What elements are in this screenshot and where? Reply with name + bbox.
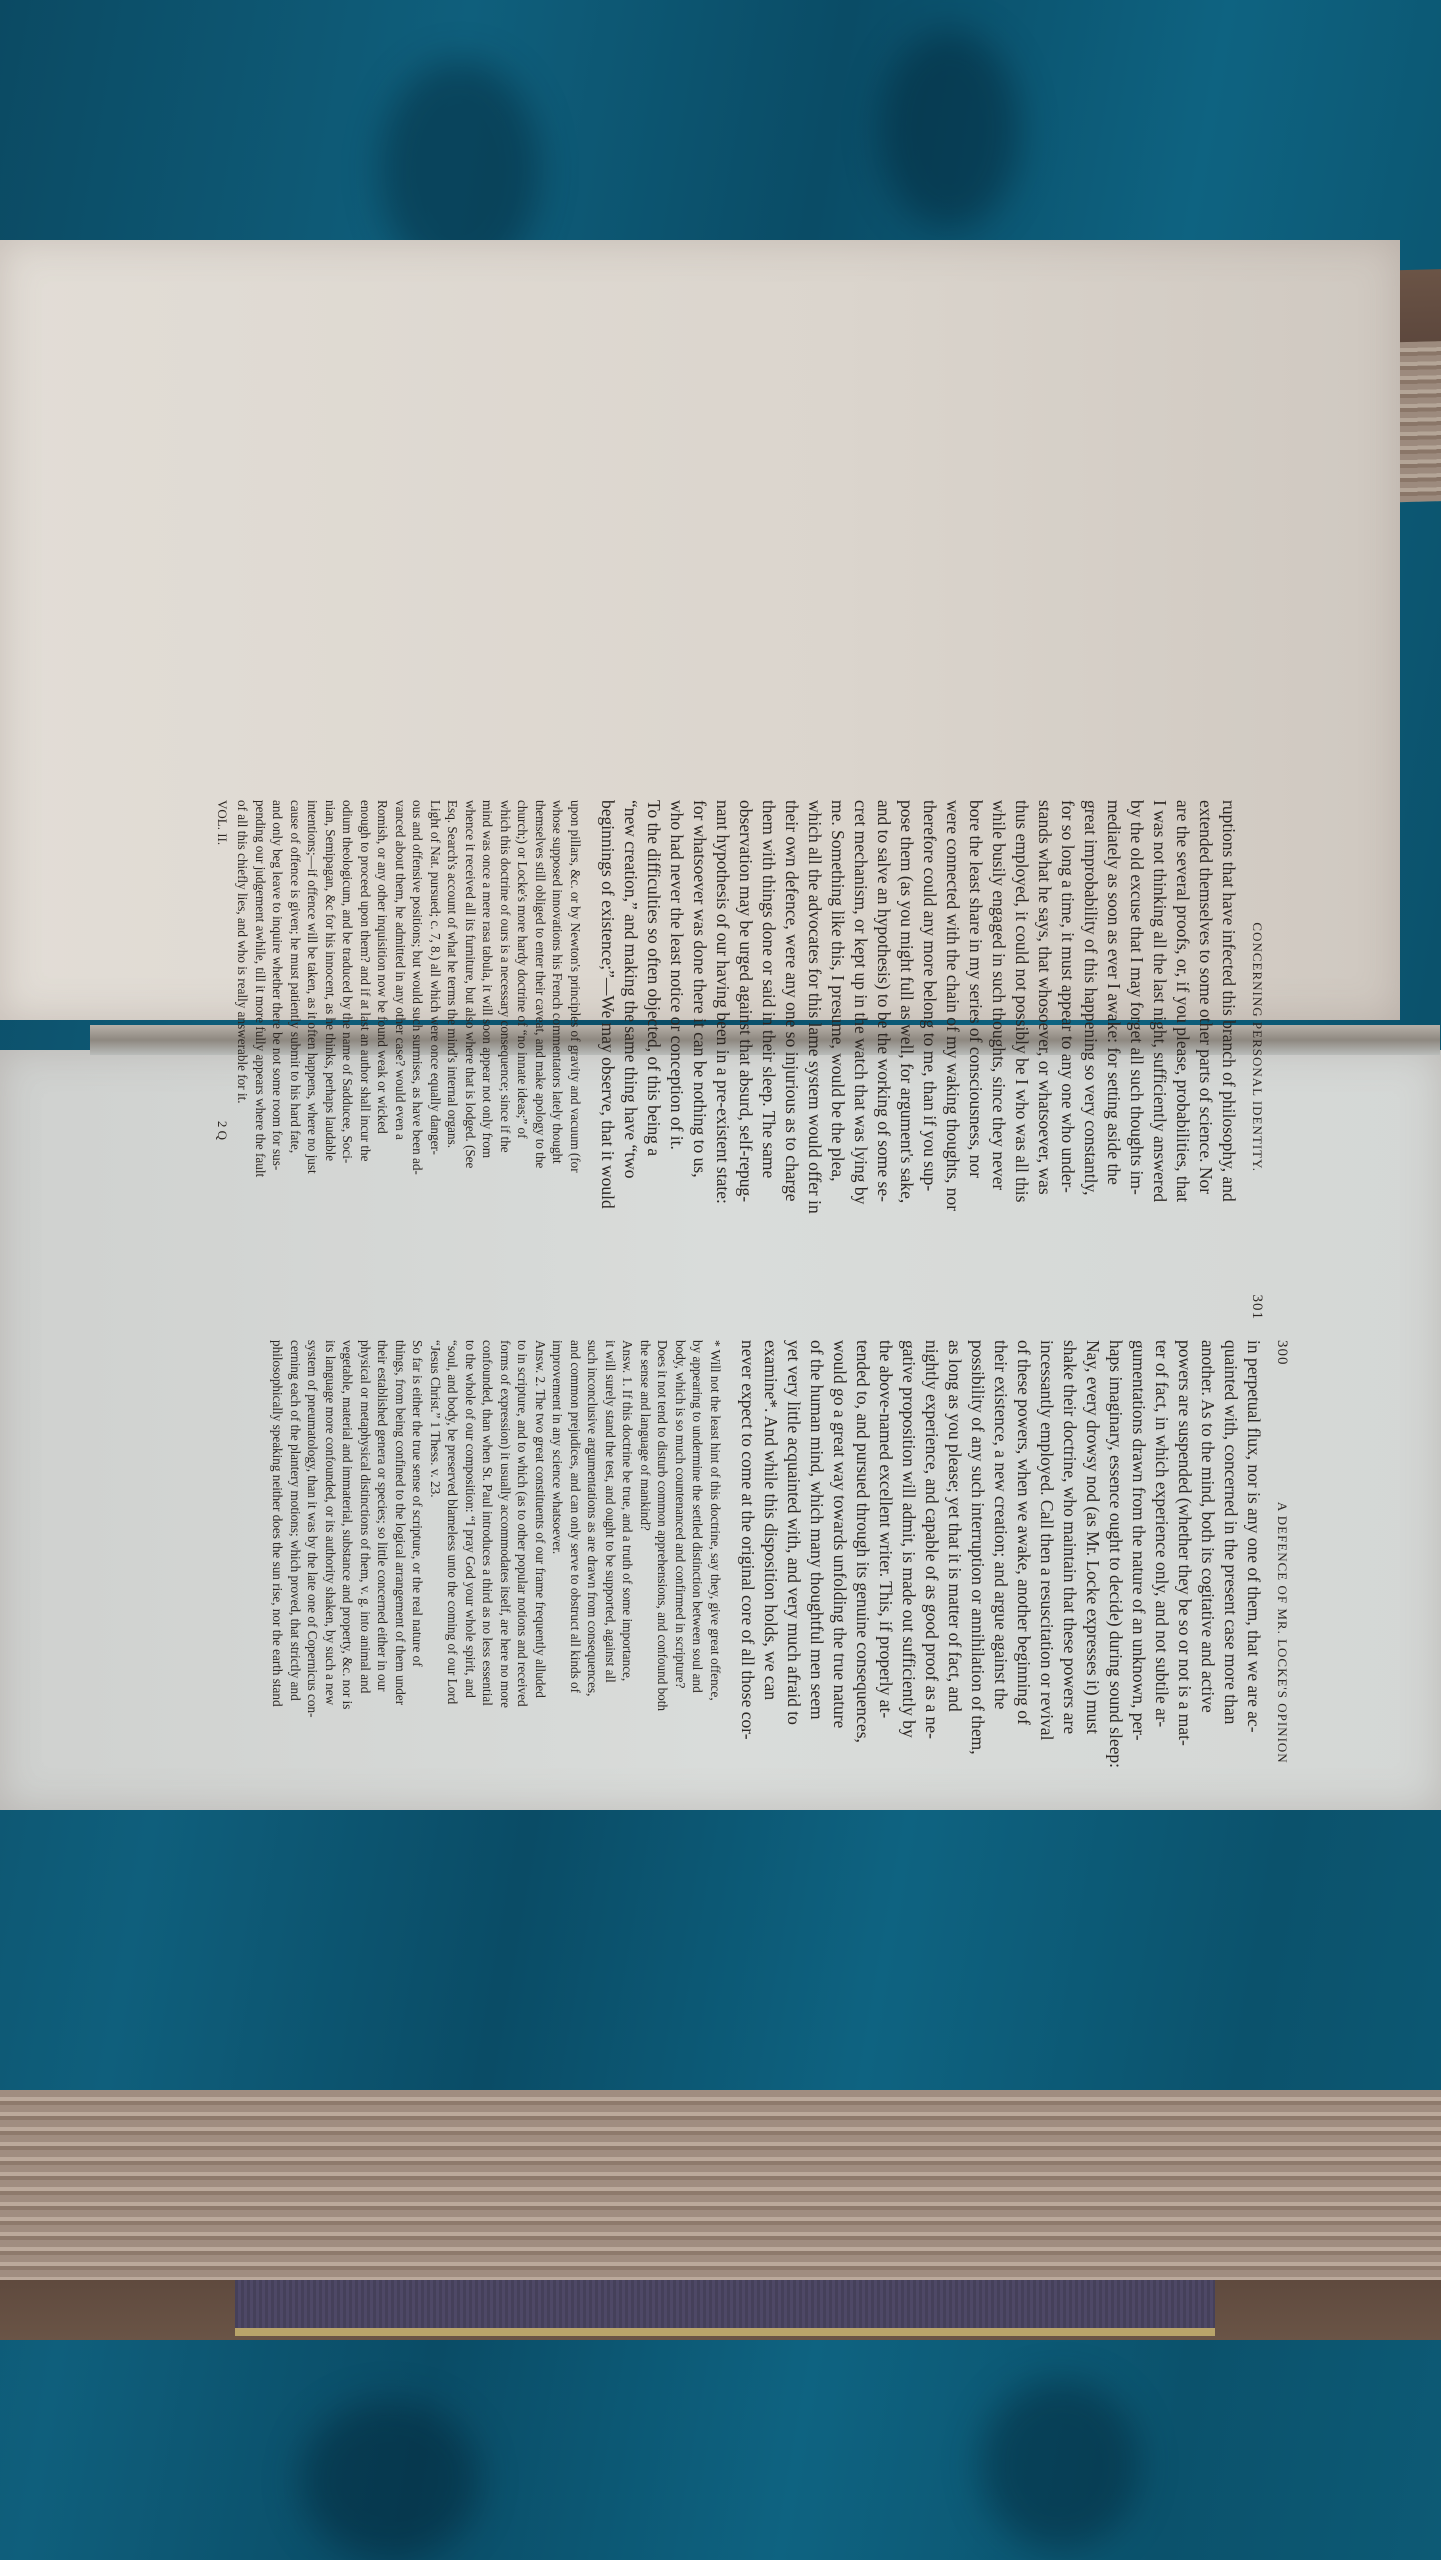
footnote-line: church;) or Locke's more hardy doctrine … [514, 800, 532, 1320]
text-line: another. As to the mind, both its cogita… [1196, 1340, 1219, 1900]
footnote-line: its language more confounded, or its aut… [322, 1340, 340, 1900]
text-line: them with things done or said in their s… [757, 800, 780, 1320]
book-spine-cloth-bottom [235, 2280, 1215, 2336]
footnote-line: * Will not the least hint of this doctri… [707, 1340, 725, 1900]
footnote-line: it will surely stand the test, and ought… [602, 1340, 620, 1900]
footnote-line: whose supposed innovations his French co… [549, 800, 567, 1320]
footnote-line: cerning each of the plantery motions; wh… [287, 1340, 305, 1900]
cloth-shadow [980, 2380, 1140, 2550]
text-line: of these powers, when we awake, another … [1012, 1340, 1035, 1900]
footnote-line: things, from being confined to the logic… [392, 1340, 410, 1900]
text-line: thus employed, it could not possibly be … [1010, 800, 1033, 1320]
footnote-line: pending our judgement awhile, till it mo… [252, 800, 270, 1320]
footnote-line: intentions;—if offence will be taken, as… [304, 800, 322, 1320]
footnote-line: nian, Semipagan, &c for his innocent, as… [322, 800, 340, 1320]
text-line: pose them (as you might full as well, fo… [895, 800, 918, 1320]
text-line: nightly experience, and capable of as go… [920, 1340, 943, 1900]
text-line: of the human mind, which many thoughtful… [805, 1340, 828, 1900]
footnote-line: whence it received all its furniture, bu… [462, 800, 480, 1320]
text-line: “new creation,” and making the same thin… [619, 800, 642, 1320]
footnote-line: Does it not tend to disturb common appre… [654, 1340, 672, 1900]
text-line: by the old excuse that I may forget all … [1125, 800, 1148, 1320]
footnote-text: upon pillars, &c. or by Newton's princip… [234, 800, 584, 1320]
text-line: shake their doctrine, who maintain that … [1058, 1340, 1081, 1900]
footnote-line: mind was once a mere rasa tabula, it wil… [479, 800, 497, 1320]
footnote-line: such inconclusive argumentations as are … [584, 1340, 602, 1900]
text-line: possibility of any such interruption or … [966, 1340, 989, 1900]
text-line: tended to, and pursued through its genui… [851, 1340, 874, 1900]
footnote-line: ous and offensive positions; but would s… [409, 800, 427, 1320]
text-line: therefore could any more belong to me, t… [918, 800, 941, 1320]
text-line: while busily engaged in such thoughts, s… [987, 800, 1010, 1320]
footnote-line: “Jesus Christ.” 1 Thess. v. 23. [427, 1340, 445, 1900]
cloth-shadow [880, 30, 1020, 230]
running-head-300: 300 A DEFENCE OF MR. LOCKE'S OPINION [1273, 1340, 1290, 1900]
volume-mark: VOL. II. [214, 800, 230, 845]
text-line: mediately as soon as ever I awake: for s… [1102, 800, 1125, 1320]
text-line: great improbability of this happening so… [1079, 800, 1102, 1320]
body-text: in perpetual flux, nor is any one of the… [736, 1340, 1265, 1900]
footnote-line: Answ. 2. The two great constituents of o… [532, 1340, 550, 1900]
text-line: the above-named excellent writer. This, … [874, 1340, 897, 1900]
page-edges-bottom [0, 2090, 1441, 2280]
footnote-line: “soul, and body, be preserved blameless … [444, 1340, 462, 1900]
text-line: and to salve an hypothesis) to be the wo… [872, 800, 895, 1320]
footnote-line: the sense and language of mankind? [637, 1340, 655, 1900]
footnote-line: their established genera or species; so … [374, 1340, 392, 1900]
footnote-line: body, which is so much countenanced and … [672, 1340, 690, 1900]
text-line: gative proposition will admit, is made o… [897, 1340, 920, 1900]
text-line: nant hypothesis of our having been in a … [711, 800, 734, 1320]
text-line: observation may be urged against that ab… [734, 800, 757, 1320]
text-line: extended themselves to some other parts … [1194, 800, 1217, 1320]
page-300-text: 300 A DEFENCE OF MR. LOCKE'S OPINION in … [269, 1340, 1290, 1900]
text-line: yet very little acquainted with, and ver… [782, 1340, 805, 1900]
footnote-line: and only beg leave to inquire whether th… [269, 800, 287, 1320]
footnote-line: forms of expression) it usually accommod… [497, 1340, 515, 1900]
text-line: which all the advocates for this lame sy… [803, 800, 826, 1320]
footnote-line: confounded, than when St. Paul introduce… [479, 1340, 497, 1900]
page-footer: VOL. II. 2 Q [214, 800, 230, 1320]
footnote-line: Answ. 1. If this doctrine be true, and a… [619, 1340, 637, 1900]
page-number: 300 [1273, 1340, 1290, 1366]
signature-mark: 2 Q [214, 1121, 230, 1140]
page-number: 301 [1248, 1295, 1265, 1321]
footnote-line: improvement in any science whatsoever. [549, 1340, 567, 1900]
footnote-line: Romish, or any other inquisition now be … [374, 800, 392, 1320]
text-line: ruptions that have infected this branch … [1217, 800, 1240, 1320]
text-line: in perpetual flux, nor is any one of the… [1242, 1340, 1265, 1900]
text-line: would go a great way towards unfolding t… [828, 1340, 851, 1900]
footnote-line: vanced about them, he admitted in any ot… [392, 800, 410, 1320]
text-line: as long as you please; yet that it is ma… [943, 1340, 966, 1900]
running-head-title: A DEFENCE OF MR. LOCKE'S OPINION [1273, 1366, 1290, 1901]
text-line: quainted with, concerned in the present … [1219, 1340, 1242, 1900]
text-line: are the several proofs, or, if you pleas… [1171, 800, 1194, 1320]
cloth-shadow [300, 2400, 480, 2560]
footnote-line: and common prejudices, and can only serv… [567, 1340, 585, 1900]
text-line: gumentations drawn from the nature of an… [1127, 1340, 1150, 1900]
text-line: examine*. And while this disposition hol… [759, 1340, 782, 1900]
footnote-line: So far is either the true sense of scrip… [409, 1340, 427, 1900]
footnote-line: upon pillars, &c. or by Newton's princip… [567, 800, 585, 1320]
footnote-line: which this doctrine of ours is a necessa… [497, 800, 515, 1320]
footnote-line: philosophically speaking neither does th… [269, 1340, 287, 1900]
footnote-line: system of pneumatology, than it was by t… [304, 1340, 322, 1900]
text-line: bore the least share in my series of con… [964, 800, 987, 1320]
text-line: I was not thinking all the last night, s… [1148, 800, 1171, 1320]
footnote-line: to the whole of our composition: “I pray… [462, 1340, 480, 1900]
footnote-line: of all this chiefly lies, and who is rea… [234, 800, 252, 1320]
footnote-line: to in scripture, and to which (as to oth… [514, 1340, 532, 1900]
footnote-line: cause of offence is given; he must patie… [287, 800, 305, 1320]
text-line: powers are suspended (whether they be so… [1173, 1340, 1196, 1900]
text-line: their existence, a new creation; and arg… [989, 1340, 1012, 1900]
text-line: for whatsoever was done there it can be … [688, 800, 711, 1320]
footnote-line: enough to proceed upon them? and if at l… [357, 800, 375, 1320]
text-line: who had never the least notice or concep… [665, 800, 688, 1320]
footnote-line: odium theologicum, and be traduced by th… [339, 800, 357, 1320]
footnote-line: Esq. Search's account of what he terms t… [444, 800, 462, 1320]
text-line: beginnings of existence;”—We may observe… [596, 800, 619, 1320]
text-line: Nay, every drowsy nod (as Mr. Locke expr… [1081, 1340, 1104, 1900]
text-line: for so long a time, it must appear to an… [1056, 800, 1079, 1320]
text-line: their own defence, were any one so injur… [780, 800, 803, 1320]
footnote-line: by appearing to undermine the settled di… [689, 1340, 707, 1900]
footnote-text: * Will not the least hint of this doctri… [269, 1340, 724, 1900]
footnote-line: physical or metaphysical distinctions of… [357, 1340, 375, 1900]
text-line: haps imaginary, essence ought to decide)… [1104, 1340, 1127, 1900]
text-line: To the difficulties so often objected, o… [642, 800, 665, 1320]
text-line: incessantly employed. Call then a resusc… [1035, 1340, 1058, 1900]
body-text: ruptions that have infected this branch … [596, 800, 1240, 1320]
text-line: were connected with the chain of my waki… [941, 800, 964, 1320]
footnote-line: themselves still obliged to enter their … [532, 800, 550, 1320]
footnote-line: Light of Nat. pursued; c. 7, 8.) all whi… [427, 800, 445, 1320]
text-line: never expect to come at the original cor… [736, 1340, 759, 1900]
running-head-title: CONCERNING PERSONAL IDENTITY. [1248, 800, 1265, 1295]
text-line: ter of fact, in which experience only, a… [1150, 1340, 1173, 1900]
text-line: me. Something like this, I presume, woul… [826, 800, 849, 1320]
text-line: stands what he says, that whosoever, or … [1033, 800, 1056, 1320]
text-line: cret mechanism, or kept up in the watch … [849, 800, 872, 1320]
running-head-301: CONCERNING PERSONAL IDENTITY. 301 [1248, 800, 1265, 1320]
footnote-line: vegetable, material and immaterial, subs… [339, 1340, 357, 1900]
page-301-text: CONCERNING PERSONAL IDENTITY. 301 ruptio… [214, 800, 1265, 1320]
